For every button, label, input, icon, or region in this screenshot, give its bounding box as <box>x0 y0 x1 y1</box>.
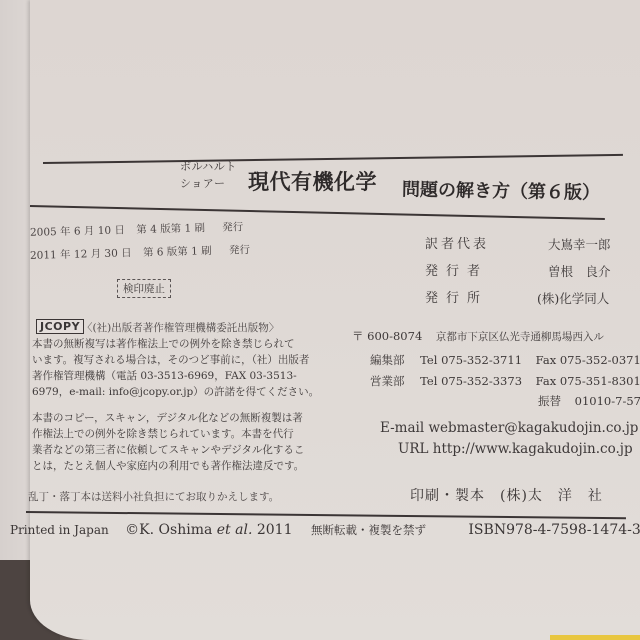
scan-notice-line: 業者などの第三者に依頼してスキャンやデジタル化するこ <box>32 442 304 458</box>
department-tel: Tel 075-352-3711 <box>420 353 522 367</box>
department-name: 編集部 <box>370 353 405 367</box>
top-rule <box>43 154 623 164</box>
jcopy-heading: 〈(社)出版者著作権管理機構委託出版物〉 <box>82 320 279 335</box>
postal-transfer: 振替 01010-7-5702 <box>538 393 640 409</box>
transfer-label: 振替 <box>538 394 561 408</box>
printer-credit: 印刷・製本 (株)太 洋 社 <box>410 485 603 505</box>
jcopy-line: 6979，e-mail: info@jcopy.or.jp）の許諾を得てください… <box>32 384 319 400</box>
jcopy-line: います。複写される場合は，そのつど事前に，（社）出版者 <box>32 352 319 368</box>
colophon-page: ボルハルト ショアー 現代有機化学 問題の解き方（第６版） 2005 年 6 月… <box>30 0 640 640</box>
postal-code: 〒 600-8074 <box>352 329 422 343</box>
credit-role: 訳者代表 <box>425 237 489 252</box>
credit-role: 発行所 <box>425 287 488 306</box>
credit-translator: 訳者代表 <box>425 233 489 252</box>
book-subtitle: 問題の解き方（第６版） <box>402 175 600 204</box>
edition-row-2: 2011 年 12 月 30 日 第 6 版第 1 刷 発行 <box>30 242 250 263</box>
department-editorial: 編集部 Tel 075-352-3711 Fax 075-352-0371 <box>370 352 640 368</box>
jcopy-badge: JCOPY <box>36 319 84 334</box>
edition-number: 第 4 版第 1 刷 <box>136 222 205 236</box>
publisher-email: E-mail webmaster@kagakudojin.co.jp <box>380 420 638 436</box>
title-bottom-rule <box>30 205 605 220</box>
edition-number: 第 6 版第 1 刷 <box>143 245 212 259</box>
printed-in-japan: Printed in Japan <box>10 523 109 537</box>
scan-notice-line: とは，たとえ個人や家庭内の利用でも著作権法違反です。 <box>32 458 304 474</box>
author-ruby-1: ボルハルト <box>180 160 237 174</box>
credit-name: (株)化学同人 <box>537 289 609 307</box>
department-name: 営業部 <box>370 374 405 388</box>
footer-rule <box>26 511 626 519</box>
jcopy-paragraph: 本書の無断複写は著作権法上での例外を除き禁じられて います。複写される場合は，そ… <box>32 336 319 400</box>
credit-role: 発行者 <box>425 260 488 279</box>
footer-line: Printed in Japan ©K. Oshima et al. 2011 … <box>10 522 640 538</box>
copyright: ©K. Oshima et al. 2011 <box>125 522 297 538</box>
edition-date: 2005 年 6 月 10 日 <box>30 224 125 238</box>
jcopy-line: 著作権管理機構（電話 03-3513-6969，FAX 03-3513- <box>32 368 319 384</box>
scan-notice-line: 作権法上での例外を除き禁じられています。本書を代行 <box>32 426 304 442</box>
department-fax: Fax 075-352-0371 <box>536 353 640 367</box>
scan-notice: 本書のコピー，スキャン，デジタル化などの無断複製は著 作権法上での例外を除き禁じ… <box>32 410 304 474</box>
isbn: ISBN978-4-7598-1474-3 <box>468 522 640 538</box>
street-address: 京都市下京区仏光寺通柳馬場西入ル <box>436 331 604 343</box>
department-sales: 営業部 Tel 075-352-3373 Fax 075-351-8301 <box>370 373 640 389</box>
book-title: 現代有機化学 <box>248 166 377 196</box>
edition-status: 発行 <box>229 244 250 257</box>
credit-name: 大嶌幸一郎 <box>548 235 611 253</box>
edition-date: 2011 年 12 月 30 日 <box>30 247 132 262</box>
credit-name: 曽根 良介 <box>548 262 611 280</box>
edition-status: 発行 <box>222 221 243 234</box>
replacement-notice: 乱丁・落丁本は送料小社負担にてお取りかえします。 <box>28 489 279 504</box>
jcopy-line: 本書の無断複写は著作権法上での例外を除き禁じられて <box>32 336 319 352</box>
department-tel: Tel 075-352-3373 <box>420 374 522 388</box>
publisher-url: URL http://www.kagakudojin.co.jp <box>398 441 633 457</box>
department-fax: Fax 075-351-8301 <box>536 374 640 388</box>
transfer-number: 01010-7-5702 <box>575 394 640 408</box>
stamp-abolished-label: 検印廃止 <box>117 279 171 298</box>
scan-notice-line: 本書のコピー，スキャン，デジタル化などの無断複製は著 <box>32 410 304 426</box>
left-page-edge <box>0 0 30 560</box>
rights-reserved: 無断転載・複製を禁ず <box>311 523 426 537</box>
publisher-address: 〒 600-8074 京都市下京区仏光寺通柳馬場西入ル <box>352 328 604 344</box>
yellow-strip <box>550 635 640 640</box>
author-ruby-2: ショアー <box>180 177 225 191</box>
edition-row-1: 2005 年 6 月 10 日 第 4 版第 1 刷 発行 <box>30 219 244 240</box>
